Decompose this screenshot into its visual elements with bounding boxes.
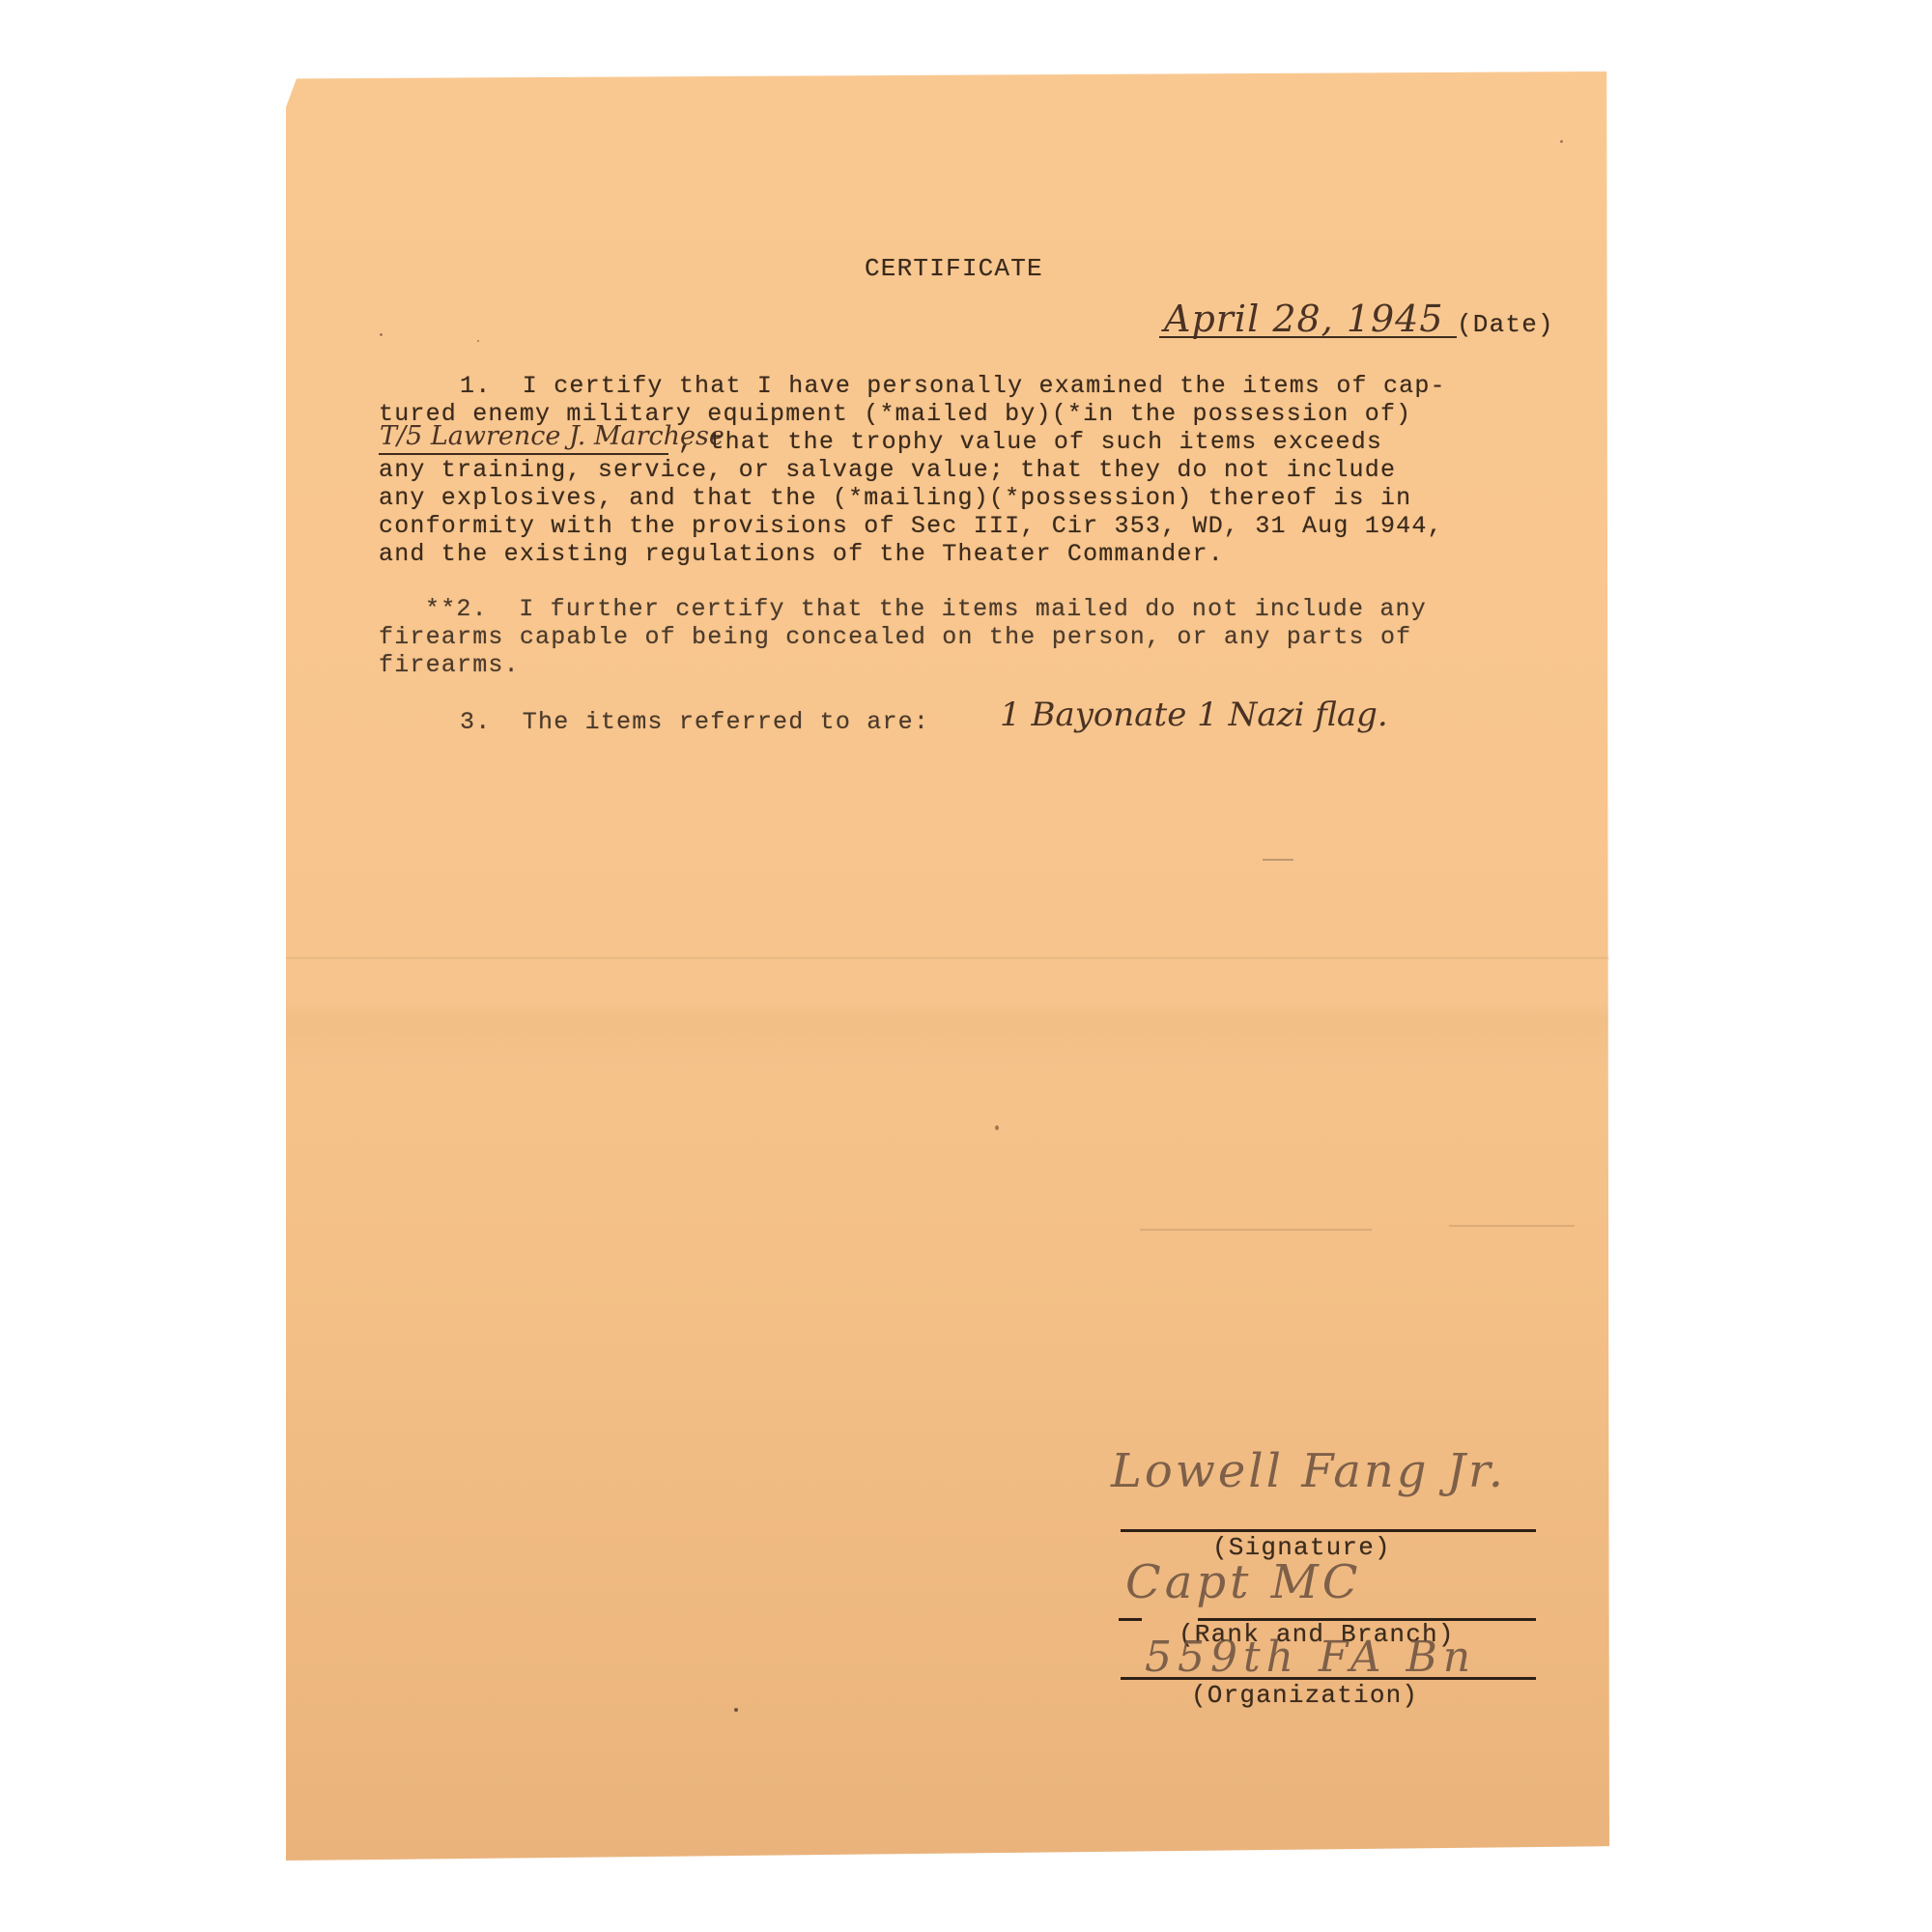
signature-line [1121,1529,1536,1532]
organization-line [1121,1677,1536,1680]
p1-line-3: , that the trophy value of such items ex… [678,428,1382,456]
p1-line-6: conformity with the provisions of Sec II… [379,512,1443,540]
date-label: (Date) [1457,311,1554,339]
handwritten-items-list: 1 Bayonate 1 Nazi flag. [1000,696,1388,734]
ink-speck [477,340,479,342]
date-underline [1159,336,1457,338]
handwritten-organization: 559th FA Bn [1145,1633,1476,1682]
rank-line-stub [1119,1618,1142,1621]
p2-line-1: **2. I further certify that the items ma… [425,595,1427,623]
ink-speck [380,333,383,336]
p1-line-1: 1. I certify that I have personally exam… [460,372,1446,400]
faint-offset-marks [1140,1229,1372,1231]
handwritten-signature: Lowell Fang Jr. [1111,1444,1506,1498]
ink-speck [995,1125,999,1130]
name-underline [379,453,668,455]
p1-line-4: any training, service, or salvage value;… [379,456,1396,484]
p2-line-2: firearms capable of being concealed on t… [379,623,1411,651]
handwritten-soldier-name: T/5 Lawrence J. Marchese [380,421,724,451]
handwritten-date: April 28, 1945 [1164,298,1444,340]
handwritten-rank-branch: Capt MC [1125,1555,1362,1609]
ink-speck [1560,140,1563,143]
ink-speck [734,1708,738,1712]
paper-fold-crease [286,956,1609,960]
faint-offset-marks [1449,1225,1575,1227]
certificate-title: CERTIFICATE [865,255,1043,283]
p1-line-7: and the existing regulations of the Thea… [379,540,1224,568]
p2-line-3: firearms. [379,651,520,679]
stray-dash-mark [1263,859,1293,861]
p1-line-5: any explosives, and that the (*mailing)(… [379,484,1411,512]
p3-label: 3. The items referred to are: [460,708,929,736]
organization-label: (Organization) [1191,1682,1418,1710]
